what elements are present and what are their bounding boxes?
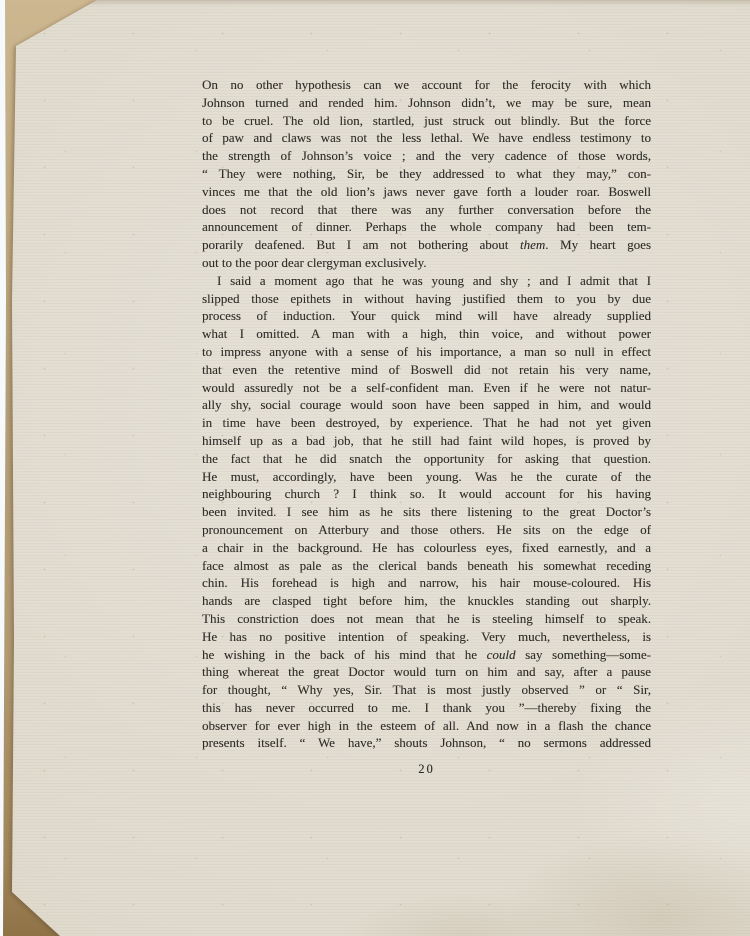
text-line: observer for ever high in the esteem of … [202,717,651,735]
paper-surface: On no other hypothesis can we account fo… [0,0,750,936]
text-line: what I omitted. A man with a high, thin … [202,325,651,343]
text-line: for thought, “ Why yes, Sir. That is mos… [202,681,651,699]
text-line: been invited. I see him as he sits there… [202,503,651,521]
text-line: to be cruel. The old lion, startled, jus… [202,112,651,130]
text-line: I said a moment ago that he was young an… [202,272,651,290]
text-line: the strength of Johnson’s voice ; and th… [202,147,651,165]
text-line: this has never occurred to me. I thank y… [202,699,651,717]
text-line: On no other hypothesis can we account fo… [202,76,651,94]
text-line: in time have been destroyed, by experien… [202,414,651,432]
text-line: of paw and claws was not the less lethal… [202,129,651,147]
text-line: face almost as pale as the clerical band… [202,557,651,575]
text-line: porarily deafened. But I am not botherin… [202,236,651,254]
text-line: thing whereat the great Doctor would tur… [202,663,651,681]
text-line: to impress anyone with a sense of his im… [202,343,651,361]
text-line: slipped those epithets in without having… [202,290,651,308]
text-line: vinces me that the old lion’s jaws never… [202,183,651,201]
text-line: the fact that he did snatch the opportun… [202,450,651,468]
page-text: On no other hypothesis can we account fo… [202,76,651,752]
text-line: He has no positive intention of speaking… [202,628,651,646]
text-line: hands are clasped tight before him, the … [202,592,651,610]
text-line: does not record that there was any furth… [202,201,651,219]
text-line: would assuredly not be a self-confident … [202,379,651,397]
text-line: pronouncement on Atterbury and those oth… [202,521,651,539]
text-line: This constriction does not mean that he … [202,610,651,628]
text-line: He must, accordingly, have been young. W… [202,468,651,486]
text-line: ally shy, social courage would soon have… [202,396,651,414]
text-line: he wishing in the back of his mind that … [202,646,651,664]
text-line: “ They were nothing, Sir, be they addres… [202,165,651,183]
text-line: that even the retentive mind of Boswell … [202,361,651,379]
text-line: himself up as a bad job, that he still h… [202,432,651,450]
page-number: 20 [202,762,651,777]
scanned-book-page: On no other hypothesis can we account fo… [0,0,750,936]
text-line: out to the poor dear clergyman exclusive… [202,254,651,272]
text-line: a chair in the background. He has colour… [202,539,651,557]
text-line: Johnson turned and rended him. Johnson d… [202,94,651,112]
text-line: neighbouring church ? I think so. It wou… [202,485,651,503]
text-line: announcement of dinner. Perhaps the whol… [202,218,651,236]
text-line: presents itself. “ We have,” shouts John… [202,734,651,752]
text-line: chin. His forehead is high and narrow, h… [202,574,651,592]
text-line: process of induction. Your quick mind wi… [202,307,651,325]
